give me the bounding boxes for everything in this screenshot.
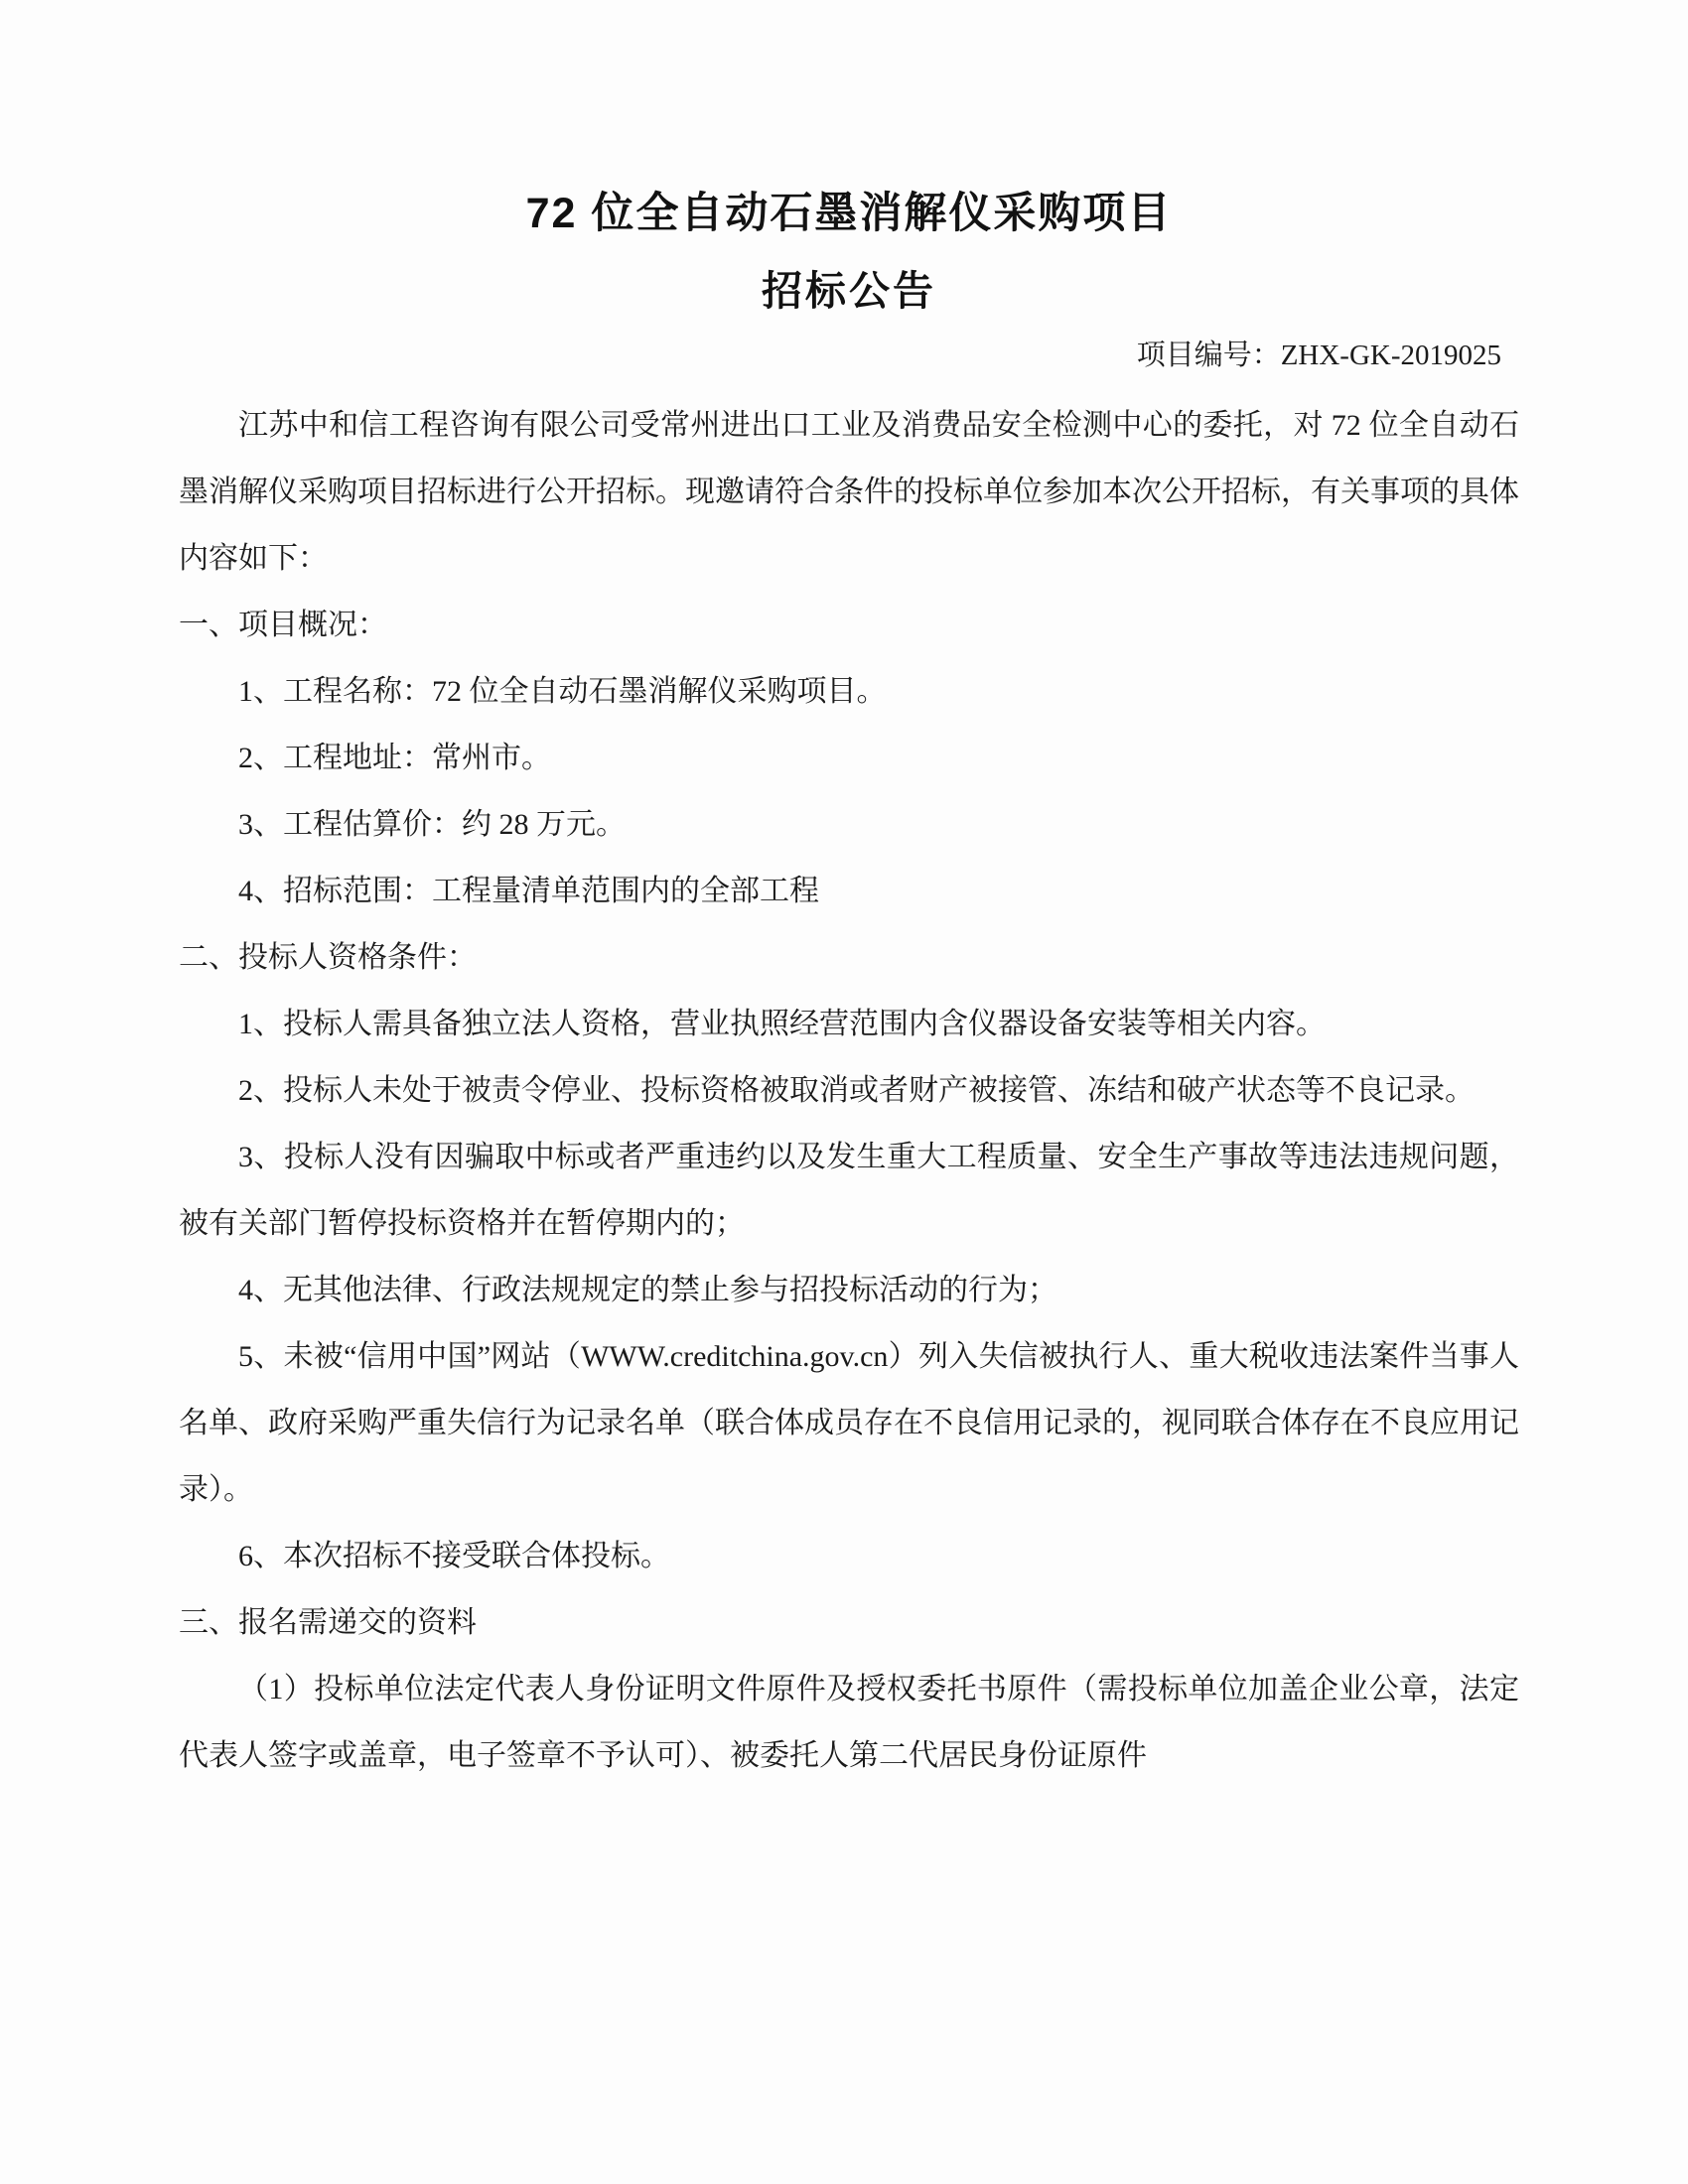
section-1-heading: 一、项目概况： <box>179 592 1519 658</box>
section-2-heading: 二、投标人资格条件： <box>179 924 1519 991</box>
section-1-item-4: 4、招标范围：工程量清单范围内的全部工程 <box>179 858 1519 924</box>
section-2-item-1: 1、投标人需具备独立法人资格，营业执照经营范围内含仪器设备安装等相关内容。 <box>179 991 1519 1057</box>
section-2-item-2: 2、投标人未处于被责令停业、投标资格被取消或者财产被接管、冻结和破产状态等不良记… <box>179 1057 1519 1124</box>
document-subtitle: 招标公告 <box>179 263 1519 319</box>
document-body: 江苏中和信工程咨询有限公司受常州进出口工业及消费品安全检测中心的委托，对 72 … <box>179 392 1519 1789</box>
section-1-item-2: 2、工程地址：常州市。 <box>179 725 1519 791</box>
project-number: 项目编号：ZHX-GK-2019025 <box>179 333 1519 378</box>
section-3-heading: 三、报名需递交的资料 <box>179 1589 1519 1656</box>
section-2-item-5: 5、未被“信用中国”网站（WWW.creditchina.gov.cn）列入失信… <box>179 1323 1519 1523</box>
document-page: 72 位全自动石墨消解仪采购项目 招标公告 项目编号：ZHX-GK-201902… <box>0 0 1688 2184</box>
section-2-item-6: 6、本次招标不接受联合体投标。 <box>179 1523 1519 1589</box>
intro-paragraph: 江苏中和信工程咨询有限公司受常州进出口工业及消费品安全检测中心的委托，对 72 … <box>179 392 1519 592</box>
section-2-item-4: 4、无其他法律、行政法规规定的禁止参与招投标活动的行为； <box>179 1257 1519 1323</box>
section-3-item-1: （1）投标单位法定代表人身份证明文件原件及授权委托书原件（需投标单位加盖企业公章… <box>179 1656 1519 1789</box>
document-title: 72 位全自动石墨消解仪采购项目 <box>179 184 1519 243</box>
section-2-item-3: 3、投标人没有因骗取中标或者严重违约以及发生重大工程质量、安全生产事故等违法违规… <box>179 1124 1519 1257</box>
section-1-item-1: 1、工程名称：72 位全自动石墨消解仪采购项目。 <box>179 658 1519 725</box>
section-1-item-3: 3、工程估算价：约 28 万元。 <box>179 791 1519 858</box>
